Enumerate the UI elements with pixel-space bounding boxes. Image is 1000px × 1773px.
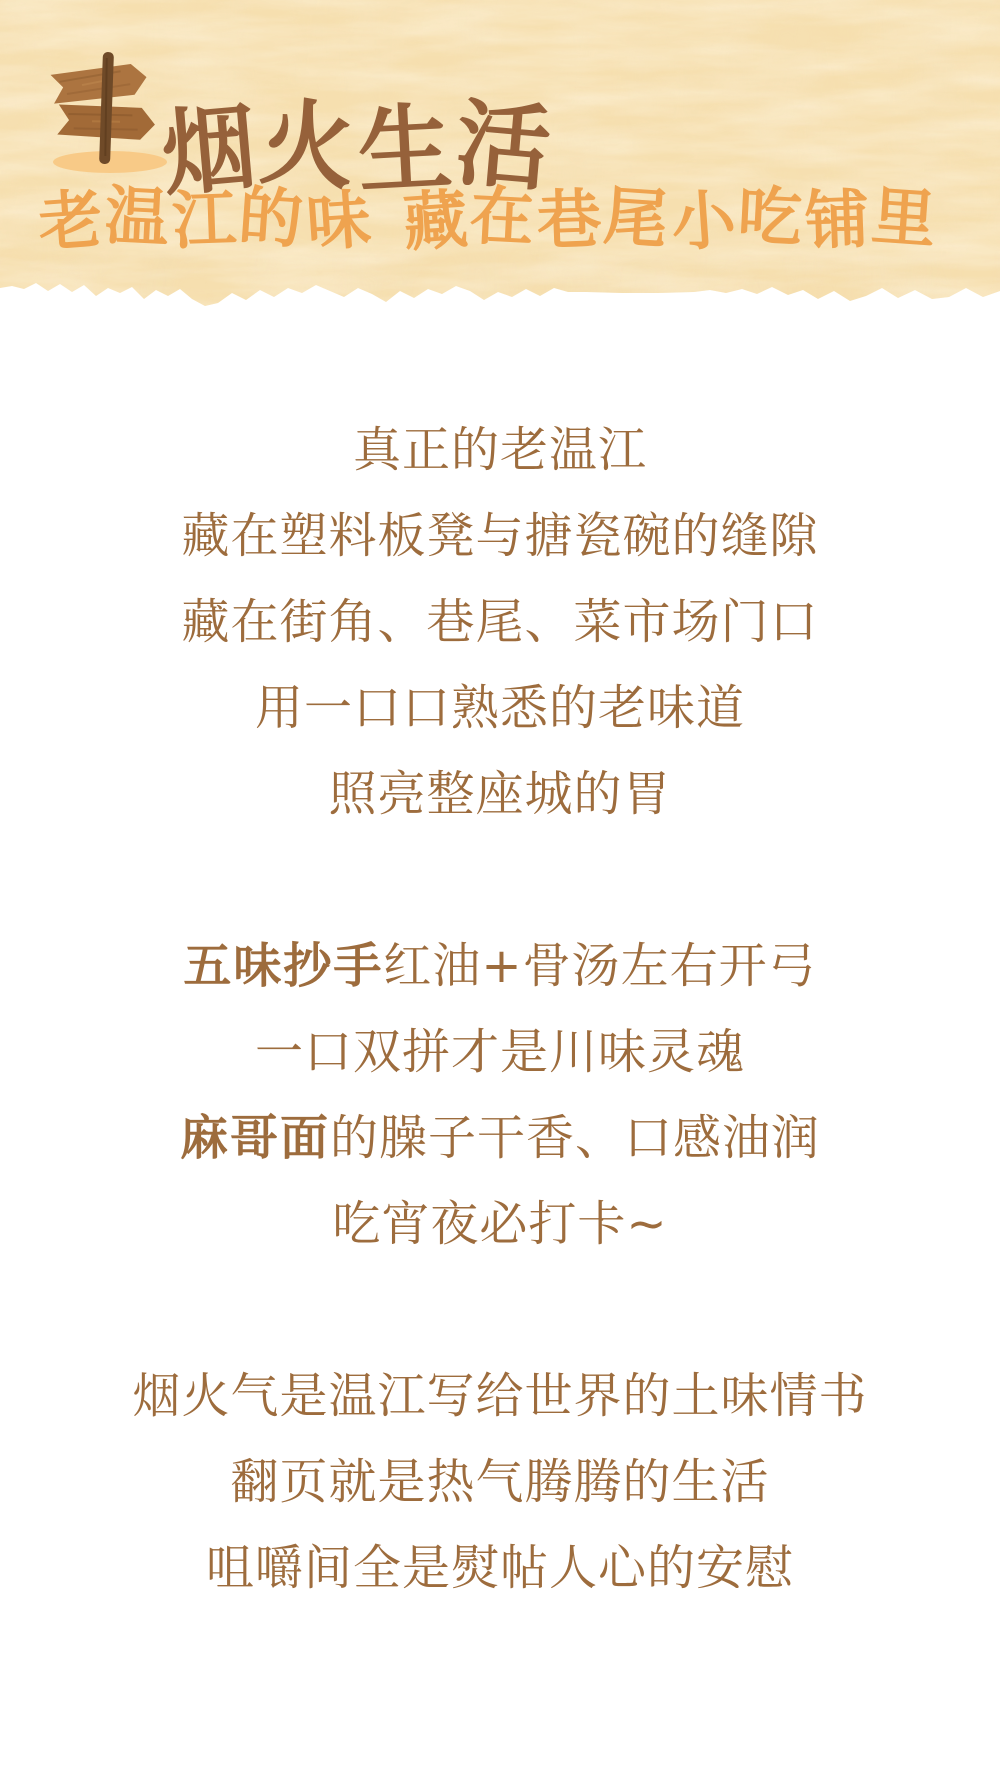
subtitle-part-right: 藏在巷尾小吃铺里 (403, 168, 939, 260)
text-segment: 烟火气是温江写给世界的土味情书 (132, 1368, 867, 1424)
article-page: 烟火生活 老温江的味 藏在巷尾小吃铺里 真正的老温江藏在塑料板凳与搪瓷碗的缝隙藏… (0, 0, 1000, 1773)
text-segment: 五味抄手 (183, 938, 383, 994)
paragraph: 烟火气是温江写给世界的土味情书翻页就是热气腾腾的生活咀嚼间全是熨帖人心的安慰 (0, 1353, 1000, 1611)
paragraph-list: 真正的老温江藏在塑料板凳与搪瓷碗的缝隙藏在街角、巷尾、菜市场门口用一口口熟悉的老… (0, 407, 1000, 1611)
text-line: 用一口口熟悉的老味道 (0, 665, 1000, 751)
text-line: 五味抄手红油+骨汤左右开弓 (0, 923, 1000, 1009)
header-banner: 烟火生活 老温江的味 藏在巷尾小吃铺里 (0, 0, 1000, 310)
text-line: 烟火气是温江写给世界的土味情书 (0, 1353, 1000, 1439)
page-subtitle: 老温江的味 藏在巷尾小吃铺里 (38, 168, 988, 260)
subtitle-part-left: 老温江的味 (38, 168, 373, 260)
article-body: 真正的老温江藏在塑料板凳与搪瓷碗的缝隙藏在街角、巷尾、菜市场门口用一口口熟悉的老… (0, 310, 1000, 1611)
text-line: 照亮整座城的胃 (0, 751, 1000, 837)
text-segment: 照亮整座城的胃 (328, 766, 671, 822)
text-segment: 的臊子干香、口感油润 (330, 1110, 820, 1166)
paragraph: 五味抄手红油+骨汤左右开弓一口双拼才是川味灵魂麻哥面的臊子干香、口感油润吃宵夜必… (0, 923, 1000, 1267)
text-line: 麻哥面的臊子干香、口感油润 (0, 1095, 1000, 1181)
text-line: 吃宵夜必打卡~ (0, 1181, 1000, 1267)
text-line: 咀嚼间全是熨帖人心的安慰 (0, 1525, 1000, 1611)
text-segment: 咀嚼间全是熨帖人心的安慰 (206, 1540, 794, 1596)
text-line: 藏在塑料板凳与搪瓷碗的缝隙 (0, 493, 1000, 579)
text-segment: 用一口口熟悉的老味道 (255, 680, 745, 736)
text-segment: 藏在街角、巷尾、菜市场门口 (181, 594, 818, 650)
text-line: 真正的老温江 (0, 407, 1000, 493)
text-segment: 麻哥面 (180, 1110, 330, 1166)
text-line: 一口双拼才是川味灵魂 (0, 1009, 1000, 1095)
text-segment: 吃宵夜必打卡~ (332, 1196, 667, 1252)
text-segment: 红油+骨汤左右开弓 (383, 938, 816, 994)
text-line: 藏在街角、巷尾、菜市场门口 (0, 579, 1000, 665)
text-segment: 藏在塑料板凳与搪瓷碗的缝隙 (181, 508, 818, 564)
paragraph: 真正的老温江藏在塑料板凳与搪瓷碗的缝隙藏在街角、巷尾、菜市场门口用一口口熟悉的老… (0, 407, 1000, 837)
text-segment: 一口双拼才是川味灵魂 (255, 1024, 745, 1080)
text-segment: 真正的老温江 (353, 422, 647, 478)
wooden-signpost-icon (44, 48, 172, 178)
text-segment: 翻页就是热气腾腾的生活 (230, 1454, 769, 1510)
text-line: 翻页就是热气腾腾的生活 (0, 1439, 1000, 1525)
